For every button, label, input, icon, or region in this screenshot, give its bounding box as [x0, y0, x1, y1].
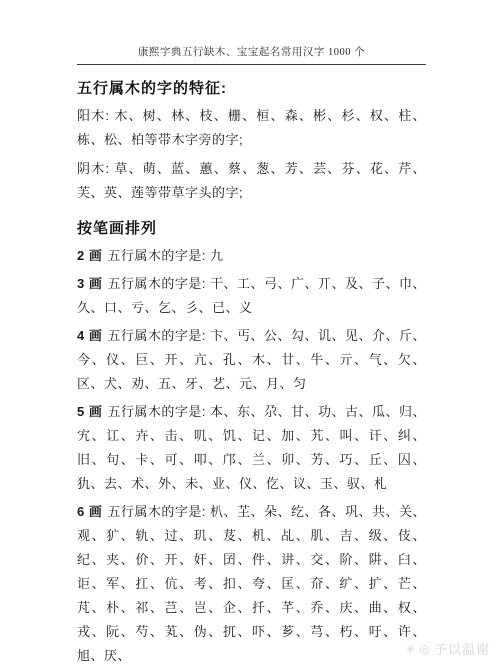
section-title-characteristics: 五行属木的字的特征: [77, 77, 426, 98]
entry-label: 五行属木的字是: [107, 404, 206, 419]
stroke-count-badge: 2 画 [77, 248, 102, 263]
document-page: 康熙字典五行缺木、宝宝起名常用汉字 1000 个 五行属木的字的特征: 阳木: … [0, 0, 500, 666]
entry-label: 五行属木的字是: [107, 504, 206, 519]
entry-characters: 九 [210, 248, 224, 263]
watermark: ✳ ◎ 予以温谢 [405, 639, 490, 658]
document-body: 康熙字典五行缺木、宝宝起名常用汉字 1000 个 五行属木的字的特征: 阳木: … [0, 0, 500, 666]
watermark-text: 予以温谢 [434, 639, 490, 658]
stroke-count-badge: 3 画 [77, 276, 102, 291]
stroke-entry-4-strokes: 4 画五行属木的字是:卞、丐、公、勾、讥、见、介、斤、今、仪、巨、开、亢、孔、木… [77, 324, 426, 396]
yang-wood-paragraph: 阳木: 木、树、林、枝、栅、桓、森、彬、杉、权、柱、栋、松、柏等带木字旁的字; [77, 104, 426, 152]
stroke-entry-2-strokes: 2 画五行属木的字是:九 [77, 244, 426, 268]
section-title-stroke-order: 按笔画排列 [77, 217, 426, 238]
snowflake-icon: ✳ [405, 643, 416, 655]
entry-label: 五行属木的字是: [107, 276, 206, 291]
stroke-entry-5-strokes: 5 画五行属木的字是:本、东、尕、甘、功、古、瓜、归、宄、讧、卉、击、叽、饥、记… [77, 400, 426, 496]
entry-label: 五行属木的字是: [107, 328, 206, 343]
stroke-count-badge: 5 画 [77, 404, 102, 419]
yin-wood-paragraph: 阴木: 草、萌、蓝、蕙、蔡、葱、芳、芸、芬、花、芹、芙、英、莲等带草字头的字; [77, 157, 426, 205]
circle-logo-icon: ◎ [420, 643, 431, 655]
page-header: 康熙字典五行缺木、宝宝起名常用汉字 1000 个 [77, 44, 426, 65]
entry-label: 五行属木的字是: [107, 248, 206, 263]
header-title: 康熙字典五行缺木、宝宝起名常用汉字 1000 个 [138, 47, 365, 58]
stroke-entry-6-strokes: 6 画五行属木的字是:朳、芏、朵、纥、各、巩、共、关、观、犷、轨、过、玑、芨、机… [77, 500, 426, 666]
entry-characters: 朳、芏、朵、纥、各、巩、共、关、观、犷、轨、过、玑、芨、机、乩、肌、吉、级、伎、… [77, 504, 426, 663]
stroke-count-badge: 4 画 [77, 328, 102, 343]
stroke-count-badge: 6 画 [77, 504, 102, 519]
stroke-entry-3-strokes: 3 画五行属木的字是:干、工、弓、广、丌、及、子、巾、久、口、亏、乞、彡、已、义 [77, 272, 426, 320]
